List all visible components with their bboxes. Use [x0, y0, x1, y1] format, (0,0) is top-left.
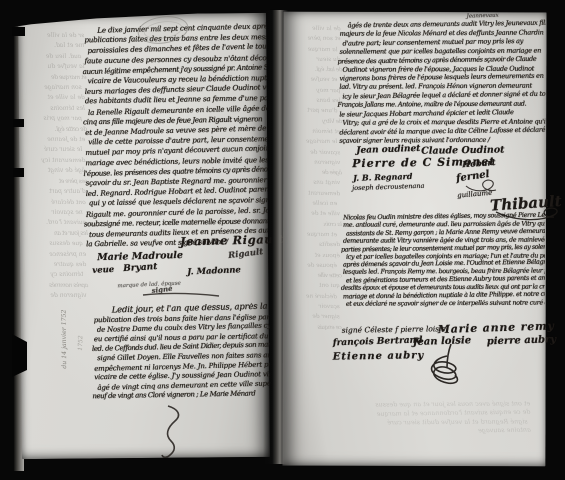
signature-jean-oudinet: Jean oudinet: [356, 144, 420, 156]
manuscript-line: demeurant icy: [25, 155, 85, 166]
signature-marie-madroule: Marie Madroule: [97, 250, 183, 263]
manuscript-line: et son père: [288, 34, 340, 45]
manuscript-line: d'une part: [288, 106, 337, 117]
manuscript-line: par moy pris: [25, 114, 82, 125]
manuscript-line: et veufve: [288, 75, 337, 86]
signature-joseph: joseph decroustenana: [352, 182, 425, 192]
manuscript-line: la veufve du: [25, 62, 85, 72]
binding-gutter: [263, 10, 288, 464]
manuscript-line: neuf de vingt ans Cloré vigneron ; Le Ma…: [92, 389, 270, 402]
manuscript-line: le sieur curé: [25, 145, 82, 155]
left-page-entry-2-text: Ledit jour, et l'an que dessus, après la…: [94, 304, 271, 401]
signature-bryant: Bryant: [123, 262, 158, 274]
manuscript-line: les témoins: [25, 104, 85, 114]
signature-jb-regnard: J. B. Regnard: [353, 171, 413, 183]
right-page-bleedthrough-text: de la villeet son pèrela marquedu sieurd…: [288, 24, 341, 333]
right-page-bottom-bleedthrough: et ont signé avec nous les jour et an qu…: [332, 398, 531, 439]
manuscript-line: suivant l'ord.: [26, 218, 86, 229]
signature-j-madonne: J. Madonne: [187, 265, 241, 277]
archival-register-scan: { "palette":{"background":"#070707","pap…: [0, 0, 565, 480]
signature-thibault: Thibault: [490, 192, 563, 215]
manuscript-line: âgé de vingt: [25, 166, 85, 176]
signature-etienne-aubry: Etienne aubry: [333, 350, 425, 362]
signature-fernel: fernel: [456, 169, 491, 184]
manuscript-line: vigneron de: [27, 291, 87, 301]
manuscript-line: et eux déclaré ne sçavoir signer de ce i…: [346, 299, 545, 308]
signature-marie-anne-remy: Marie anne remy: [438, 319, 555, 336]
manuscript-line: époux et: [288, 250, 340, 261]
manuscript-line: vingt ans: [288, 178, 340, 189]
manuscript-line: me et lad.: [24, 41, 84, 51]
manuscript-line: témoins cy: [26, 270, 83, 280]
manuscript-line: signer de: [288, 312, 340, 323]
left-page-entry-1-text: Le dixe janvier mil sept cent cinquante …: [84, 23, 268, 249]
manuscript-line: le mariage: [288, 137, 337, 148]
manuscript-line: ce enquis: [288, 322, 342, 333]
right-page: de la villeet son pèrela marquedu sieurd…: [282, 12, 546, 467]
manuscript-line: en présence: [26, 249, 86, 259]
signature-francois-bertrand: françois Bertrand: [333, 335, 423, 348]
manuscript-line: des quatre: [26, 259, 86, 270]
margin-date-note-2: 1752: [77, 335, 84, 350]
signature-hobart: Hobart: [462, 158, 496, 170]
signe-note: signé: [151, 284, 173, 295]
manuscript-line: après nommés: [26, 280, 88, 291]
manuscript-line: ses père et: [25, 176, 87, 187]
manuscript-line: d'autre part: [26, 187, 86, 197]
signature-rigault: Rigault: [228, 247, 264, 261]
manuscript-line: et marque de: [25, 72, 87, 83]
manuscript-line: les jour et an: [26, 228, 88, 238]
manuscript-line: de la ville et: [25, 93, 85, 104]
manuscript-line: de Vitry: [288, 116, 342, 127]
right-page-entry-1-text: âgés de trente deux ans demeurants audit…: [339, 20, 545, 145]
manuscript-line: la croix: [288, 219, 342, 230]
signe-celeste-loisie: signé Céleste f pierre loisie: [342, 324, 446, 335]
margin-date-note: du 14 janvier 1752: [61, 310, 69, 369]
manuscript-line: de cette égl.: [25, 124, 87, 134]
left-page-bleedthrough-text: sr de la villeme et lad.aud. lieu dela v…: [24, 31, 86, 302]
manuscript-line: ville et de: [288, 209, 340, 220]
manuscript-line: ne sçavoir: [26, 208, 83, 218]
manuscript-line: ont déclaré: [26, 197, 86, 208]
catchword: Jeannevaux: [466, 13, 498, 20]
manuscript-line: que dessus: [26, 239, 83, 250]
manuscript-line: la marque: [288, 44, 337, 55]
signature-guillaume: guillaume: [457, 189, 493, 200]
left-page: sr de la villeme et lad.aud. lieu dela v…: [18, 13, 270, 459]
manuscript-line: sçavoir signer leurs requis suivant l'or…: [339, 135, 545, 145]
signature-veue: veue: [92, 265, 114, 276]
manuscript-line: qui ont: [288, 281, 340, 292]
manuscript-line: aud. lieu de: [24, 51, 81, 62]
manuscript-line: sçavoir de: [288, 147, 340, 158]
manuscript-line: desdits: [288, 240, 340, 251]
signature-pierre-aubry: pierre aubry: [487, 334, 557, 347]
manuscript-line: antoine sauvage: [333, 426, 531, 438]
right-page-entry-2-text: Nicolas feu Oudin ministre des dites égl…: [343, 213, 545, 308]
signature-jean-loisie: Jean loisie: [413, 335, 472, 348]
